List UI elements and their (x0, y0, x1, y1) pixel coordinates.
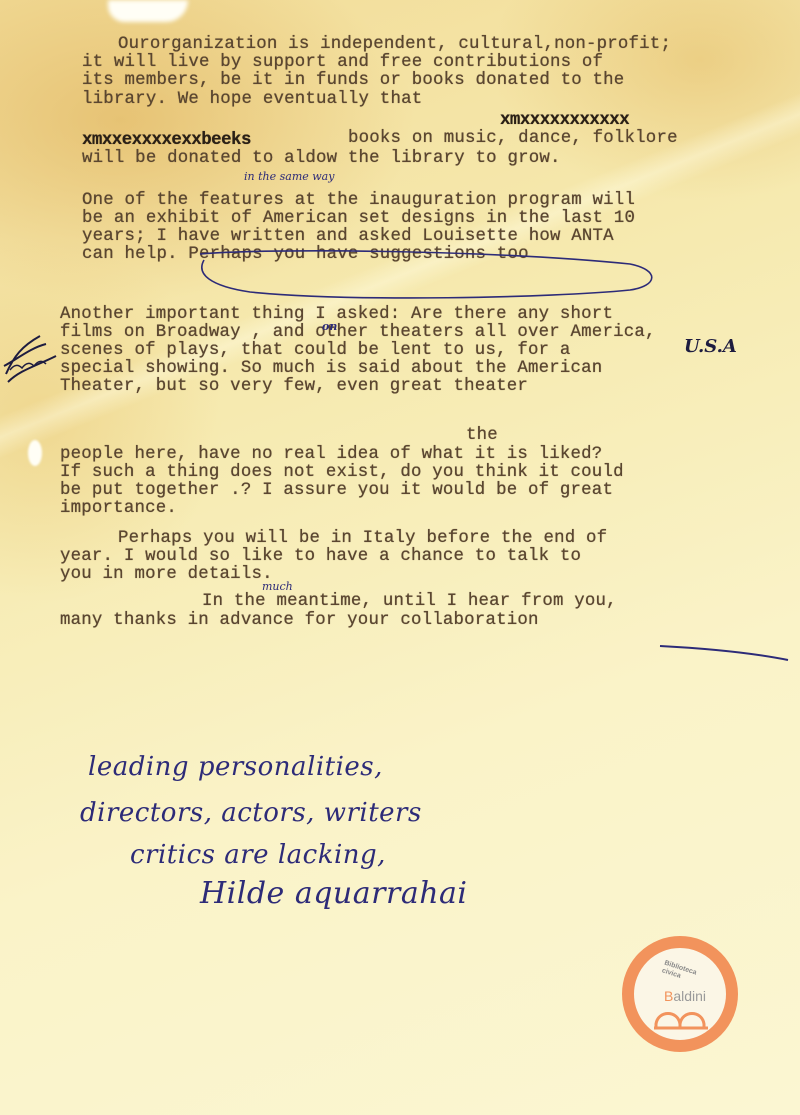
pen-circle-mark (190, 246, 670, 306)
handwritten-insertion: in the same way (244, 170, 334, 183)
typed-line: Theater, but so very few, even great the… (60, 378, 528, 396)
punch-hole (28, 440, 42, 466)
typed-line: Ourorganization is independent, cultural… (118, 36, 671, 54)
library-stamp-logo: Biblioteca civica Baldini (622, 936, 738, 1052)
handwritten-insertion: on (322, 320, 337, 333)
typed-line: films on Broadway , and other theaters a… (60, 324, 656, 342)
typed-line: you in more details. (60, 566, 273, 584)
torn-corner (108, 0, 188, 22)
struck-out-text: xmxxexxxxexxbeeks (82, 132, 251, 150)
struck-out-text: xmxxxxxxxxxxx (500, 112, 629, 130)
pen-underline (658, 640, 798, 670)
margin-scribble (0, 326, 70, 386)
typed-line: years; I have written and asked Louisett… (82, 228, 614, 246)
stamp-sublabel: Biblioteca civica (661, 960, 708, 989)
typed-line: its members, be it in funds or books don… (82, 72, 624, 90)
typed-line: be an exhibit of American set designs in… (82, 210, 635, 228)
typed-line: the (466, 427, 498, 445)
stamp-label: Baldini (664, 988, 706, 1004)
handwritten-insertion: U.S.A (684, 336, 737, 357)
typed-line: If such a thing does not exist, do you t… (60, 464, 624, 482)
typed-line: books on music, dance, folklore (348, 130, 678, 148)
typed-line: Perhaps you will be in Italy before the … (118, 530, 607, 548)
typed-line: will be donated to aldow the library to … (82, 150, 561, 168)
typed-line: importance. (60, 500, 177, 518)
typed-line: One of the features at the inauguration … (82, 192, 635, 210)
typed-line: special showing. So much is said about t… (60, 360, 602, 378)
handwritten-line: leading personalities, (88, 752, 383, 782)
open-book-icon (654, 1006, 710, 1030)
typed-line: be put together .? I assure you it would… (60, 482, 613, 500)
typed-line: it will live by support and free contrib… (82, 54, 603, 72)
typed-line: scenes of plays, that could be lent to u… (60, 342, 571, 360)
typed-line: In the meantime, until I hear from you, (202, 593, 617, 611)
handwritten-line: directors, actors, writers (80, 798, 422, 828)
typed-line: year. I would so like to have a chance t… (60, 548, 581, 566)
typed-line: many thanks in advance for your collabor… (60, 612, 539, 630)
handwritten-signature: Hilde aquarrahai (200, 876, 468, 911)
handwritten-line: critics are lacking, (130, 840, 386, 870)
typed-line: library. We hope eventually that (82, 91, 422, 109)
typed-line: people here, have no real idea of what i… (60, 446, 602, 464)
